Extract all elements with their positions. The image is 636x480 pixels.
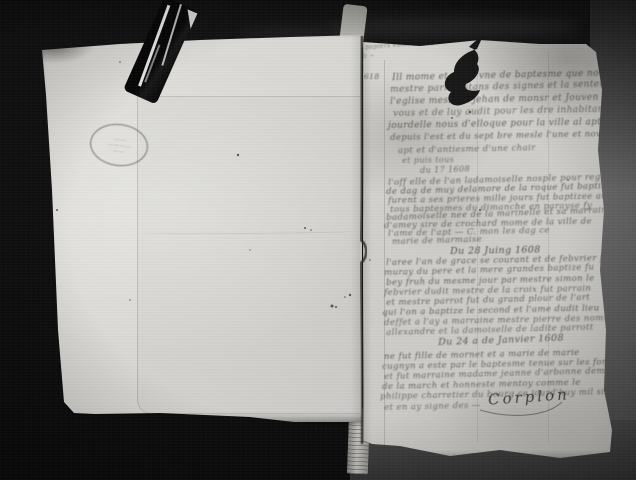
stamp-row: ⋯⋯: [112, 148, 125, 154]
manuscript-line: et en ay signe des —: [384, 400, 481, 413]
page-header-note: b ~: [363, 52, 375, 60]
register-photograph: ⋯⋯ ⋯⋯⋯⋯ ⋯⋯ papiers estat de bapt. b ~ 61…: [0, 0, 636, 480]
stamp-row: ⋯⋯: [113, 136, 126, 142]
margin-entry-number: 618: [364, 72, 380, 81]
manuscript-line: du 17 1608: [420, 164, 470, 175]
torn-edge-haze: [330, 16, 580, 38]
manuscript-line: apt et d'antiesme d'une chair: [398, 143, 536, 156]
manuscript-line: et puis tous: [402, 155, 454, 165]
loose-blank-sheet: [137, 96, 360, 414]
left-page: ⋯⋯ ⋯⋯⋯⋯ ⋯⋯: [36, 30, 366, 422]
stamp-row: ⋯⋯⋯⋯: [107, 141, 131, 149]
right-page: papiers estat de bapt. b ~ 618 Ill mome …: [358, 32, 620, 462]
page-header-note: papiers estat de bapt.: [365, 39, 441, 51]
clip-highlight: [138, 5, 170, 87]
clip-glint: [181, 9, 198, 29]
